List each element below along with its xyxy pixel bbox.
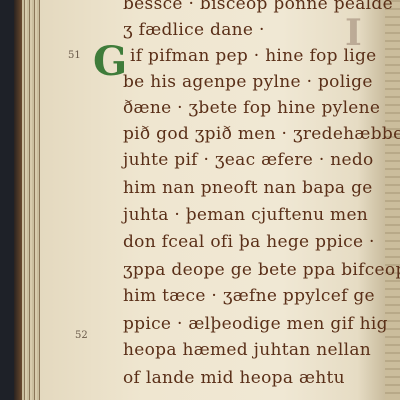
text-line: of lande mid heopa æhtu <box>123 368 345 388</box>
folio-number: 51 <box>68 50 81 61</box>
text-line: bessce · bisceop þonne pealde · <box>123 0 400 14</box>
text-line: ʒ fædlice dane · <box>123 20 265 40</box>
text-line: pið god ʒpið men · ʒredehæbbe <box>123 124 400 144</box>
text-line: juhte pif · ʒeac æfere · nedo <box>123 150 374 170</box>
page-stack-edge <box>22 0 40 400</box>
text-line: be his agenpe pylne · polige <box>123 72 373 92</box>
text-line: him nan pneoft nan bapa ge <box>123 178 373 198</box>
text-line: don fceal ofi þa hege ppice · <box>123 232 375 252</box>
book-binding-edge <box>14 0 22 400</box>
text-line: juhta · þeman cjuftenu men <box>123 205 368 225</box>
folio-number: 52 <box>75 330 88 341</box>
text-line: ʒppa deope ge bete ppa bifceop <box>123 260 400 280</box>
text-line: ðæne · ʒbete fop hine pylene <box>123 98 380 118</box>
text-line: heopa hæmed juhtan nellan <box>123 340 371 360</box>
text-line: ppice · ælþeodige men gif hig <box>123 314 388 334</box>
text-line: if pifman pep · hine fop lige <box>130 46 377 66</box>
text-line: him tæce · ʒæfne ppylcef ge <box>123 286 375 306</box>
facing-page-edge <box>385 0 400 400</box>
